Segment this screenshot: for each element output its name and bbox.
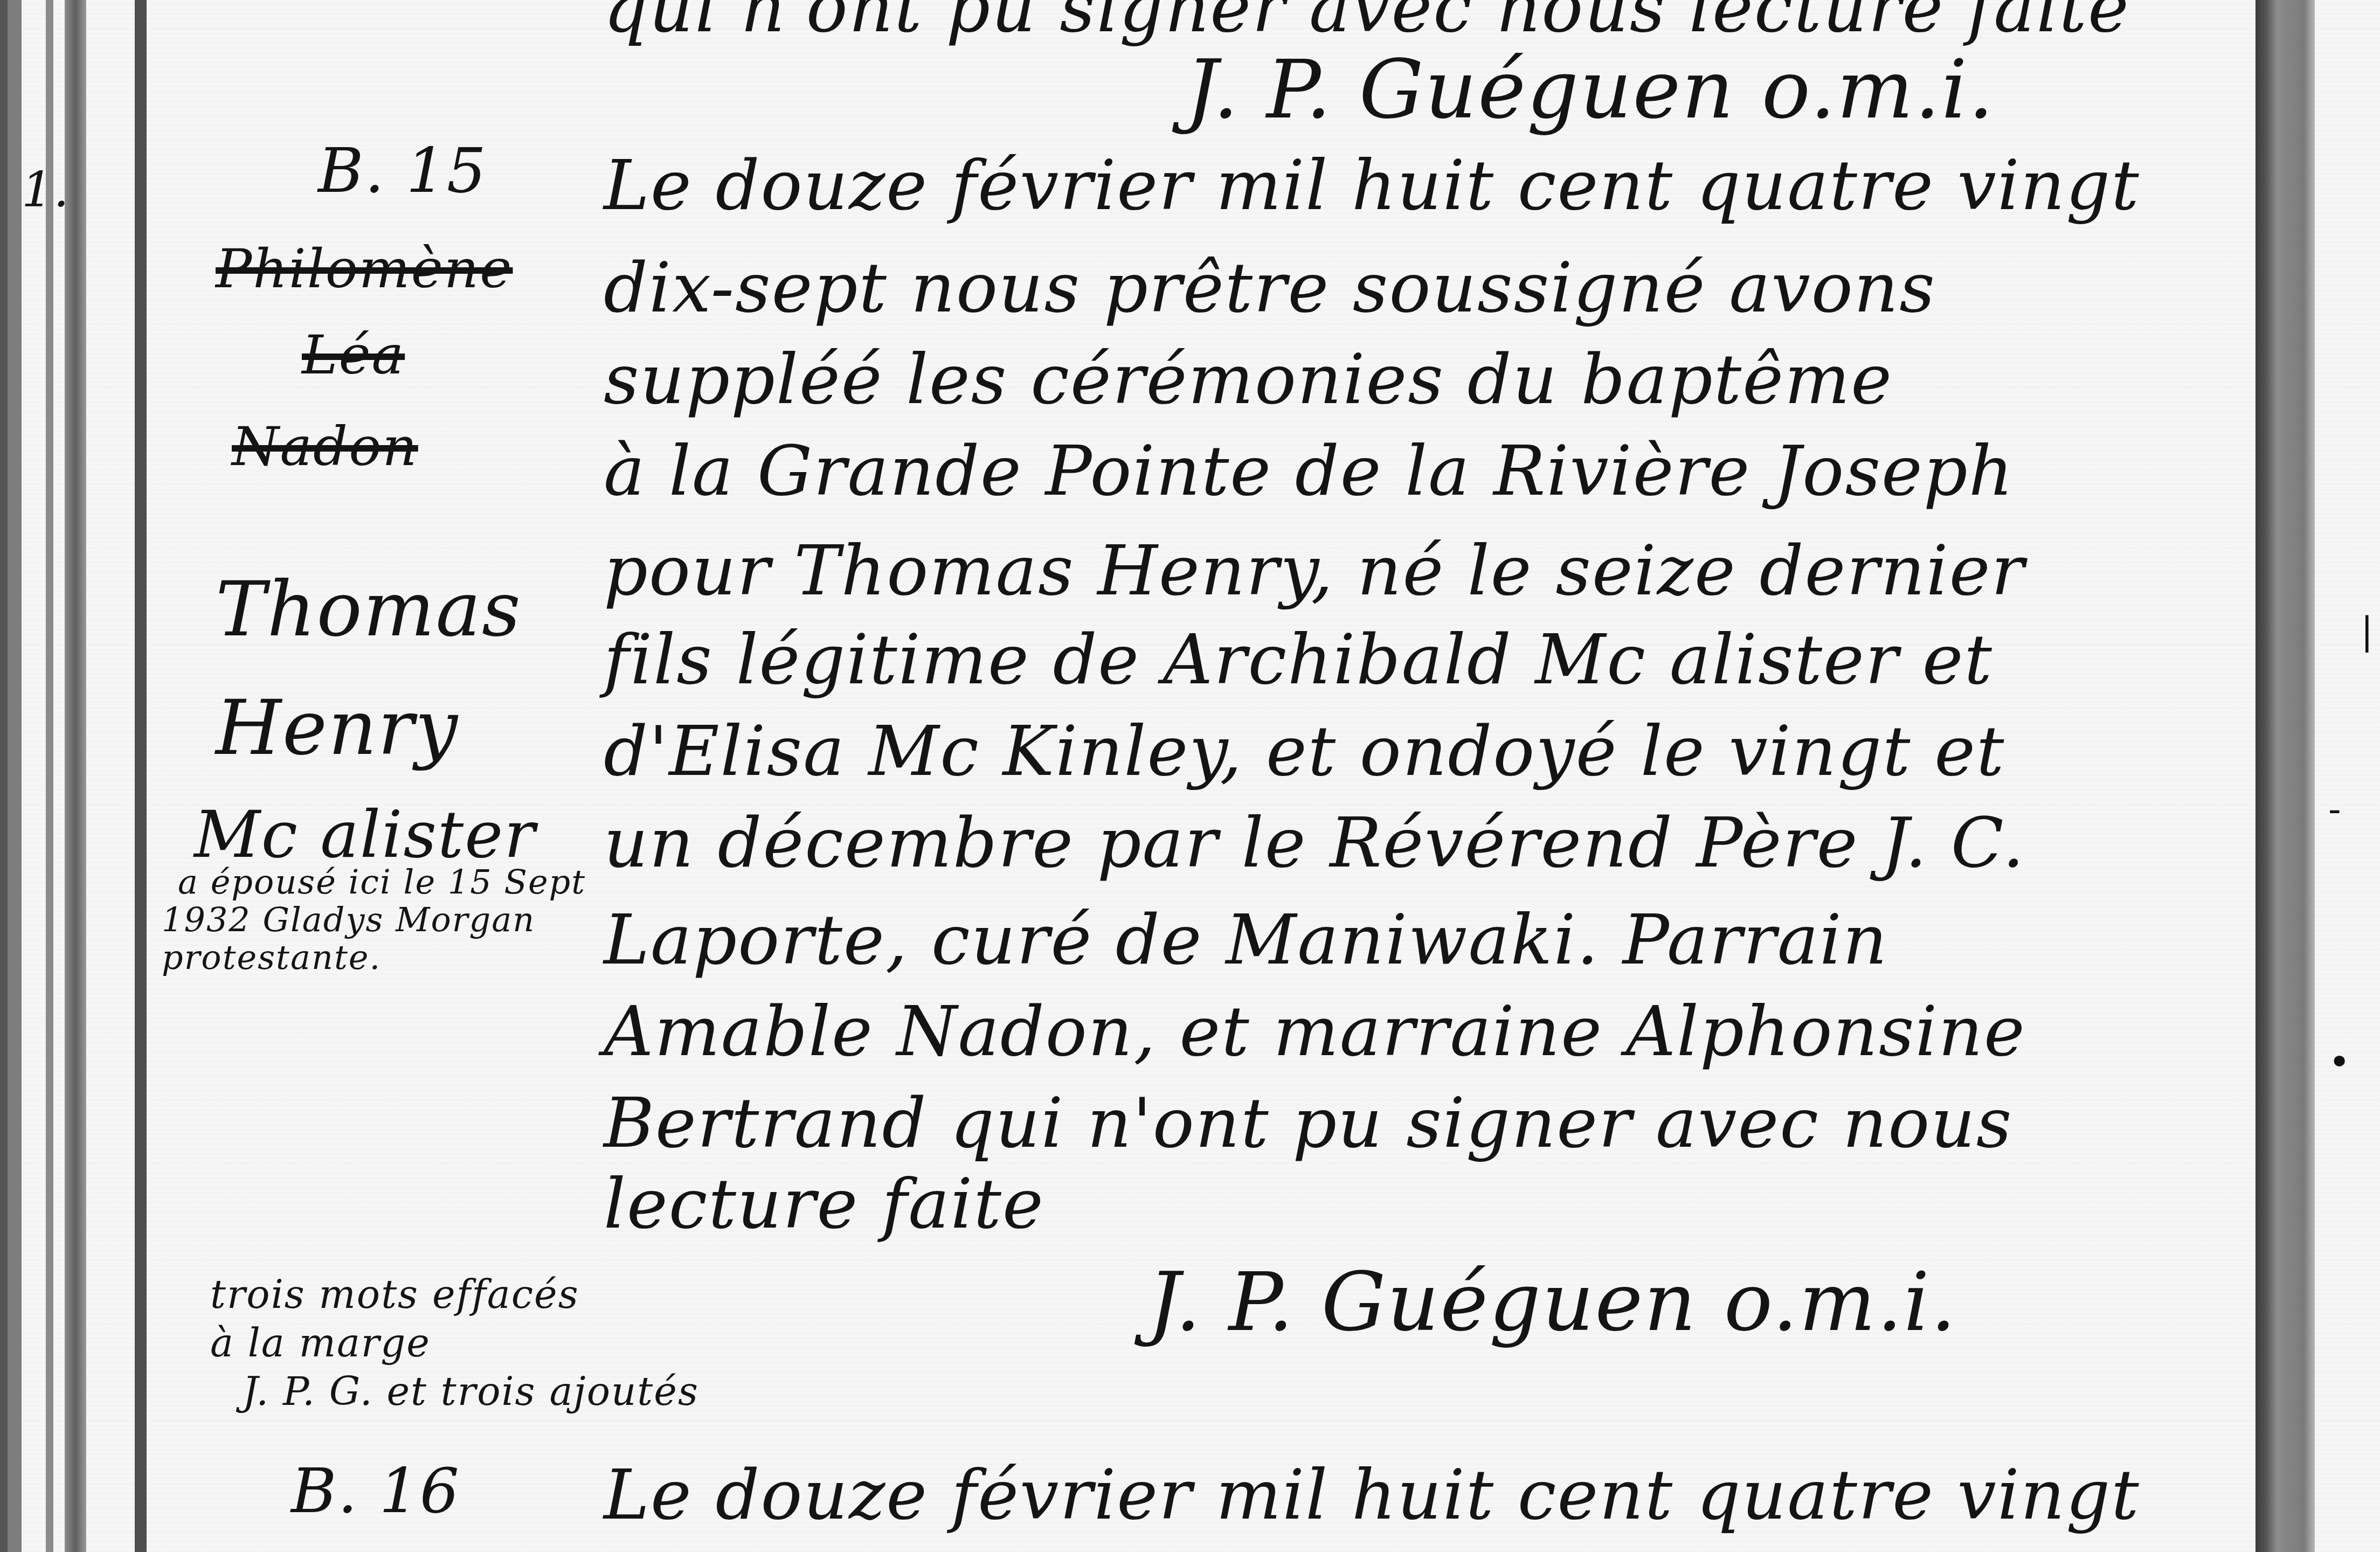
right-gutter bbox=[2256, 0, 2315, 1552]
entry-line: à la Grande Pointe de la Rivière Joseph bbox=[604, 431, 2014, 511]
entry-line: Laporte, curé de Maniwaki. Parrain bbox=[604, 900, 1888, 980]
struck-name: Léa bbox=[302, 323, 405, 386]
binding-line bbox=[46, 0, 53, 1552]
marriage-note: a épousé ici le 15 Sept bbox=[178, 862, 586, 902]
marriage-note: 1932 Gladys Morgan bbox=[162, 900, 535, 939]
margin-name: Thomas bbox=[216, 566, 522, 654]
margin-name: Henry bbox=[216, 684, 459, 772]
struck-name: Nadon bbox=[232, 415, 418, 478]
signature: J. P. Guéguen o.m.i. bbox=[1148, 1256, 1957, 1349]
entry-number: B. 16 bbox=[291, 1455, 460, 1527]
entry-line: Bertrand qui n'ont pu signer avec nous bbox=[604, 1083, 2012, 1163]
entry-line: Le douze février mil huit cent quatre vi… bbox=[604, 1455, 2140, 1535]
entry-line: un décembre par le Révérend Père J. C. bbox=[604, 803, 2025, 883]
struck-name: Philomène bbox=[216, 237, 513, 300]
margin-name: Mc alister bbox=[194, 798, 536, 872]
entry-line: Amable Nadon, et marraine Alphonsine bbox=[604, 992, 2026, 1072]
left-edge-mark: 1. bbox=[22, 162, 70, 218]
previous-signature: J. P. Guéguen o.m.i. bbox=[1186, 43, 1995, 137]
binding-line bbox=[8, 0, 22, 1552]
entry-line: suppléé les cérémonies du baptême bbox=[604, 339, 1893, 420]
correction-note: à la marge bbox=[210, 1320, 431, 1366]
stray-mark: | bbox=[2361, 609, 2374, 653]
entry-line: pour Thomas Henry, né le seize dernier bbox=[604, 531, 2025, 611]
previous-entry-fragment: qui n'ont pu signer avec nous lecture fa… bbox=[604, 0, 2130, 48]
stray-mark: - bbox=[2328, 787, 2341, 831]
margin-rule bbox=[135, 0, 147, 1552]
register-page: 1. qui n'ont pu signer avec nous lecture… bbox=[0, 0, 2380, 1552]
marriage-note: protestante. bbox=[162, 938, 381, 977]
binding-line bbox=[65, 0, 86, 1552]
correction-note: trois mots effacés bbox=[210, 1272, 579, 1317]
entry-line: d'Elisa Mc Kinley, et ondoyé le vingt et bbox=[604, 711, 2005, 792]
entry-line: Le douze février mil huit cent quatre vi… bbox=[604, 145, 2140, 226]
entry-number: B. 15 bbox=[318, 135, 487, 207]
stray-mark: • bbox=[2328, 1040, 2350, 1084]
correction-note: J. P. G. et trois ajoutés bbox=[243, 1369, 699, 1414]
entry-line: dix-sept nous prêtre soussigné avons bbox=[604, 248, 1936, 328]
entry-line: lecture faite bbox=[604, 1164, 1044, 1244]
entry-line: fils légitime de Archibald Mc alister et bbox=[604, 620, 1993, 700]
